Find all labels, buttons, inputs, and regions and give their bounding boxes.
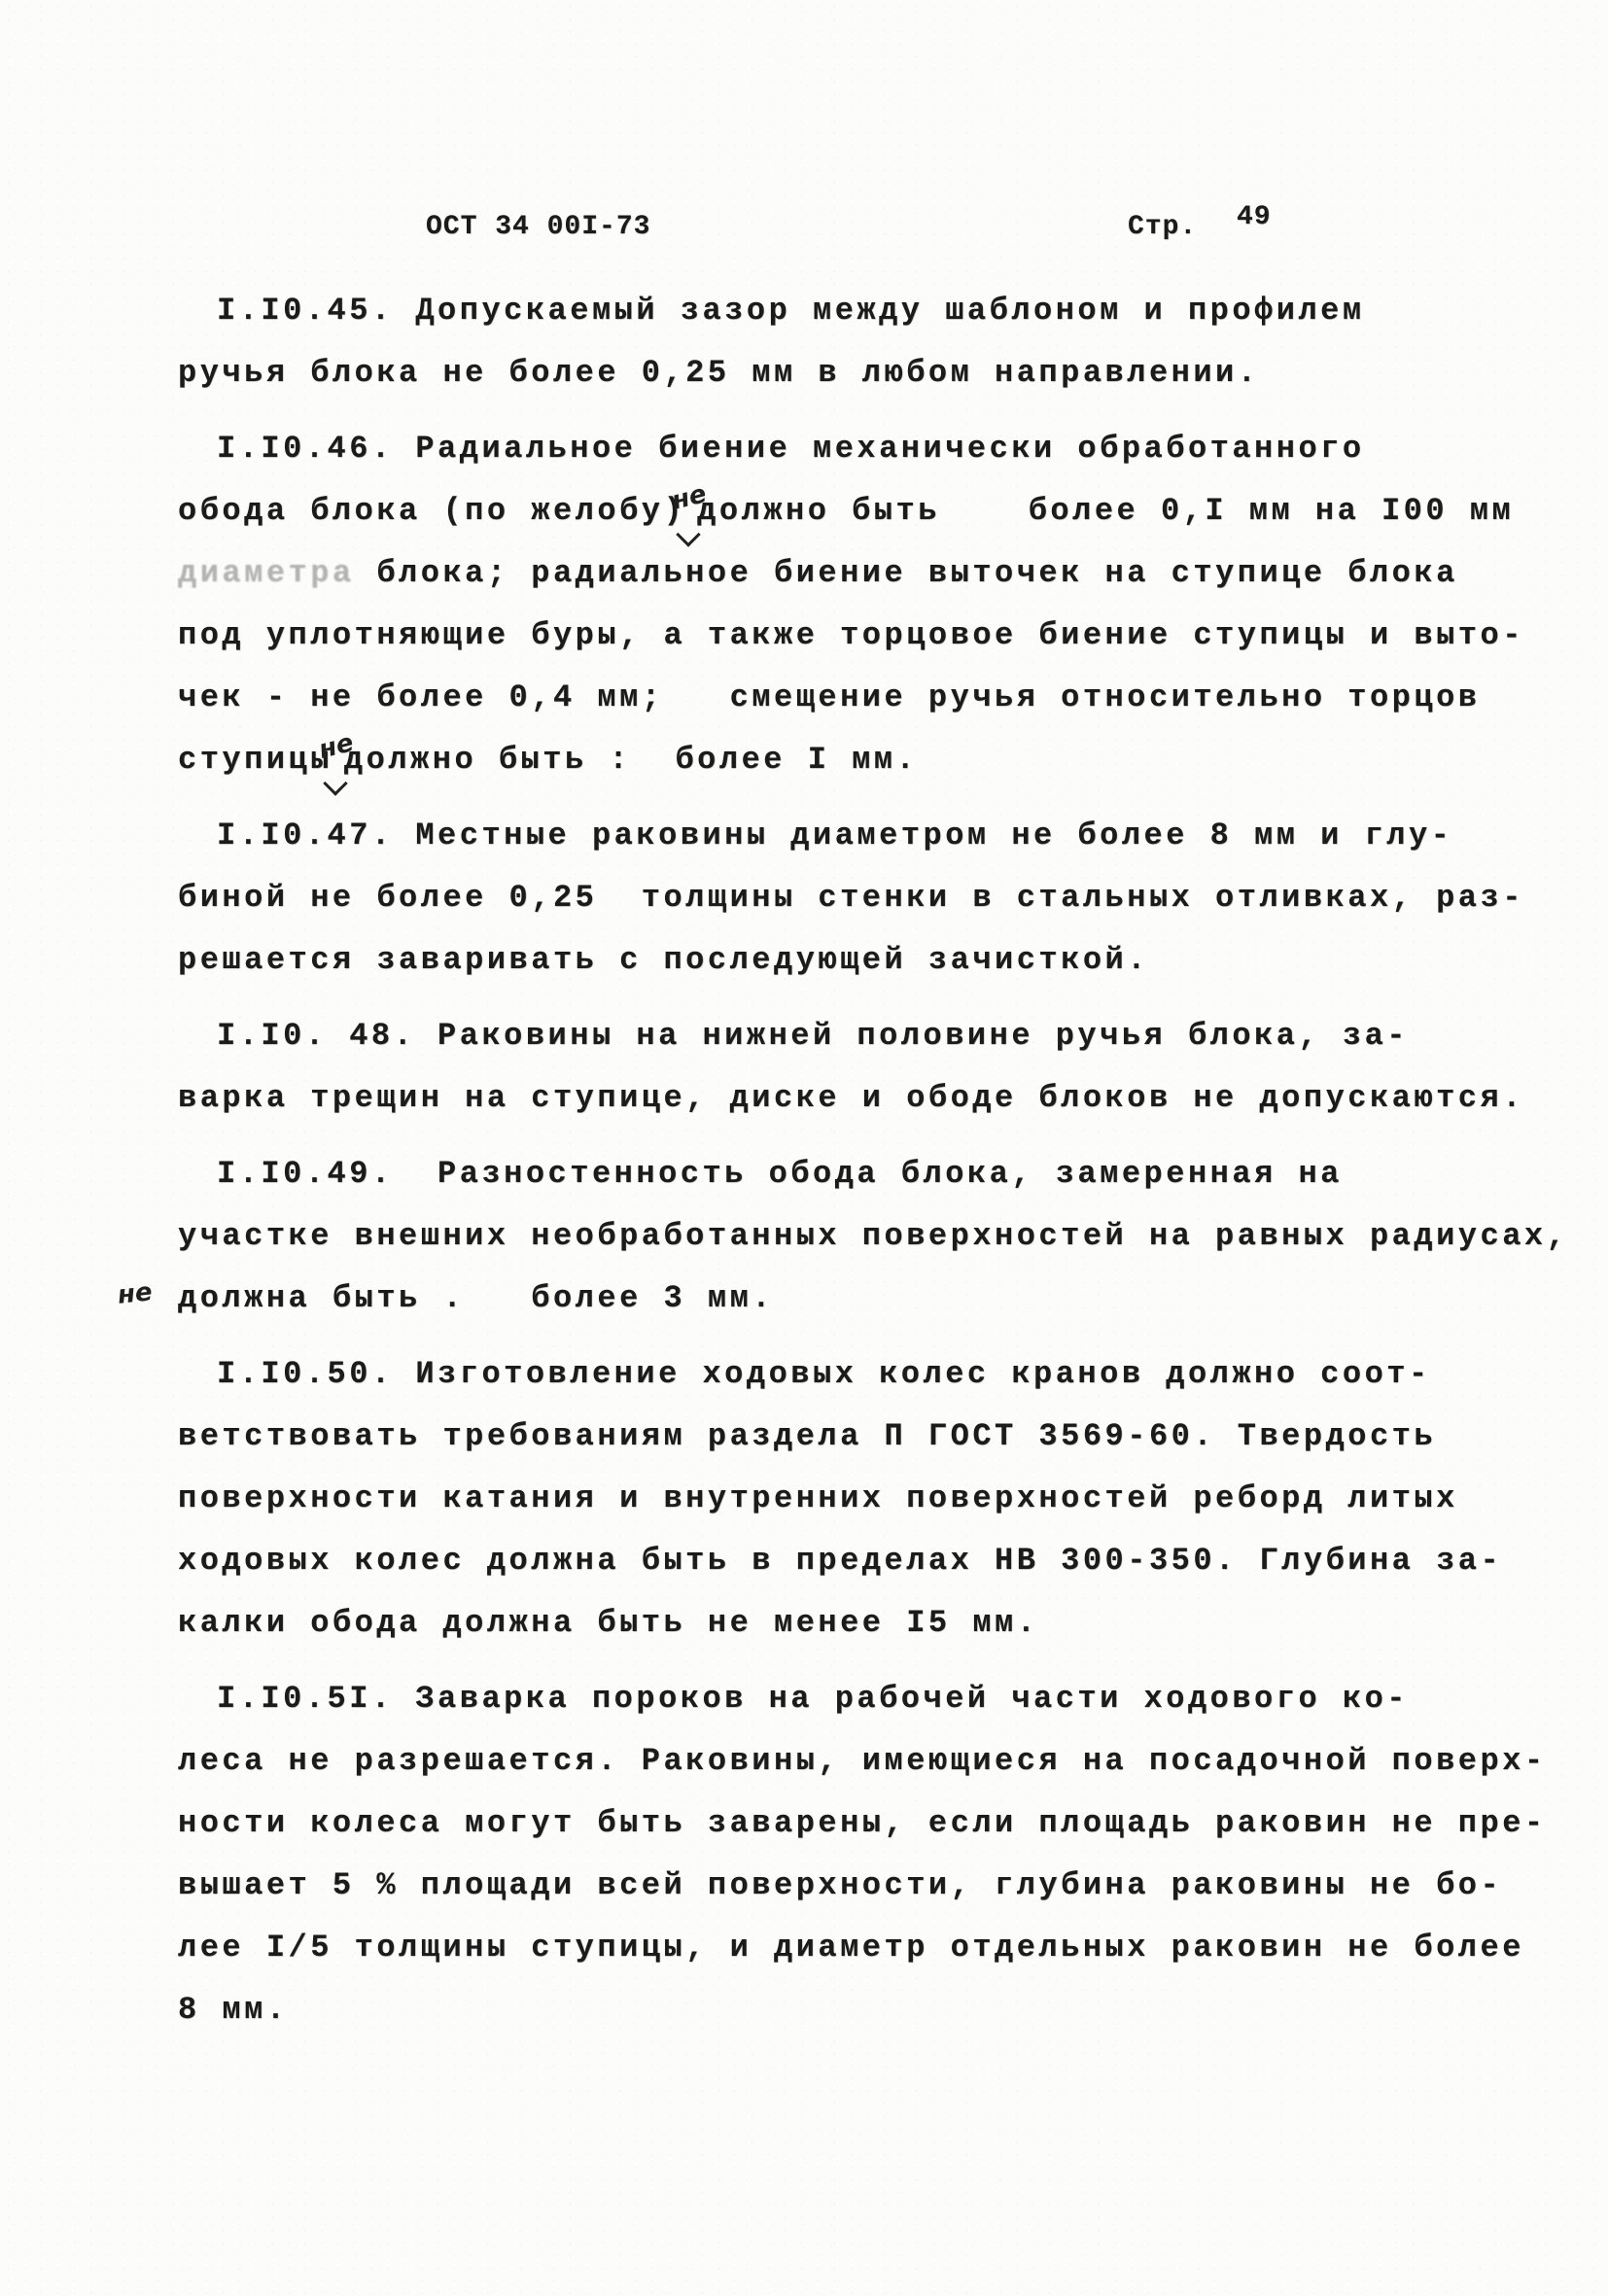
- handwritten-word: не: [316, 730, 356, 763]
- page-header: ОСТ 34 00I-73 Стр. 49: [0, 206, 1608, 255]
- text-line: I.I0. 48. Раковины на нижней половине ру…: [178, 1005, 1558, 1067]
- document-body: I.I0.45. Допускаемый зазор между шаблоно…: [178, 280, 1558, 2041]
- text-line: недолжна быть . более 3 мм.: [178, 1268, 1558, 1330]
- paragraph-1-10-48: I.I0. 48. Раковины на нижней половине ру…: [178, 1005, 1558, 1130]
- text-line: I.I0.49. Разностенность обода блока, зам…: [178, 1143, 1558, 1205]
- text-line: ности колеса могут быть заварены, если п…: [178, 1792, 1558, 1855]
- text-line: варка трещин на ступице, диске и ободе б…: [178, 1067, 1558, 1130]
- text-line: участке внешних необработанных поверхнос…: [178, 1205, 1558, 1268]
- text-line: под уплотняющие буры, а также торцовое б…: [178, 605, 1558, 667]
- text-segment: должна быть . более 3 мм.: [178, 1280, 774, 1316]
- handwritten-insertion: не: [332, 767, 344, 768]
- text-line: I.I0.5I. Заварка пороков на рабочей част…: [178, 1668, 1558, 1730]
- text-line: ручья блока не более 0,25 мм в любом нап…: [178, 342, 1558, 404]
- document-number: ОСТ 34 00I-73: [426, 212, 650, 242]
- text-line: диаметра блока; радиальное биение выточе…: [178, 542, 1558, 605]
- text-segment: обода блока (по желобу): [178, 493, 685, 529]
- text-line: I.I0.47. Местные раковины диаметром не б…: [178, 805, 1558, 867]
- text-line: лее I/5 толщины ступицы, и диаметр отдел…: [178, 1917, 1558, 1979]
- text-segment: должно быть : более I мм.: [344, 742, 918, 778]
- text-line: обода блока (по желобу)недолжно быть бол…: [178, 480, 1558, 542]
- text-line: леса не разрешается. Раковины, имеющиеся…: [178, 1730, 1558, 1792]
- handwritten-margin-note: не: [117, 1279, 154, 1308]
- text-line: решается заваривать с последующей зачист…: [178, 929, 1558, 991]
- text-line: ступицынедолжно быть : более I мм.: [178, 729, 1558, 791]
- handwritten-word: не: [670, 481, 710, 514]
- text-line: биной не более 0,25 толщины стенки в ста…: [178, 867, 1558, 929]
- paragraph-1-10-45: I.I0.45. Допускаемый зазор между шаблоно…: [178, 280, 1558, 404]
- paragraph-1-10-50: I.I0.50. Изготовление ходовых колес кран…: [178, 1343, 1558, 1654]
- text-segment: должно быть более 0,I мм на I00 мм: [697, 493, 1514, 529]
- text-line: I.I0.46. Радиальное биение механически о…: [178, 418, 1558, 480]
- text-line: поверхности катания и внутренних поверхн…: [178, 1468, 1558, 1530]
- text-line: чек - не более 0,4 мм; смещение ручья от…: [178, 667, 1558, 729]
- text-segment: ступицы: [178, 742, 332, 778]
- scanned-document-page: ОСТ 34 00I-73 Стр. 49 I.I0.45. Допускаем…: [0, 0, 1608, 2296]
- page-label: Стр.: [1128, 212, 1197, 242]
- paragraph-1-10-49: I.I0.49. Разностенность обода блока, зам…: [178, 1143, 1558, 1330]
- handwritten-insertion: не: [685, 518, 697, 519]
- text-segment: блока; радиальное биение выточек на ступ…: [355, 555, 1458, 591]
- text-line: калки обода должна быть не менее I5 мм.: [178, 1592, 1558, 1654]
- paragraph-1-10-47: I.I0.47. Местные раковины диаметром не б…: [178, 805, 1558, 991]
- text-line: I.I0.50. Изготовление ходовых колес кран…: [178, 1343, 1558, 1406]
- text-line: 8 мм.: [178, 1979, 1558, 2041]
- text-line: вышает 5 % площади всей поверхности, глу…: [178, 1855, 1558, 1917]
- paragraph-1-10-46: I.I0.46. Радиальное биение механически о…: [178, 418, 1558, 791]
- paragraph-1-10-51: I.I0.5I. Заварка пороков на рабочей част…: [178, 1668, 1558, 2041]
- text-line: ходовых колес должна быть в пределах НВ …: [178, 1530, 1558, 1592]
- smudged-text: диаметра: [178, 555, 355, 591]
- page-number: 49: [1237, 202, 1272, 232]
- text-line: I.I0.45. Допускаемый зазор между шаблоно…: [178, 280, 1558, 342]
- text-line: ветствовать требованиям раздела П ГОСТ 3…: [178, 1406, 1558, 1468]
